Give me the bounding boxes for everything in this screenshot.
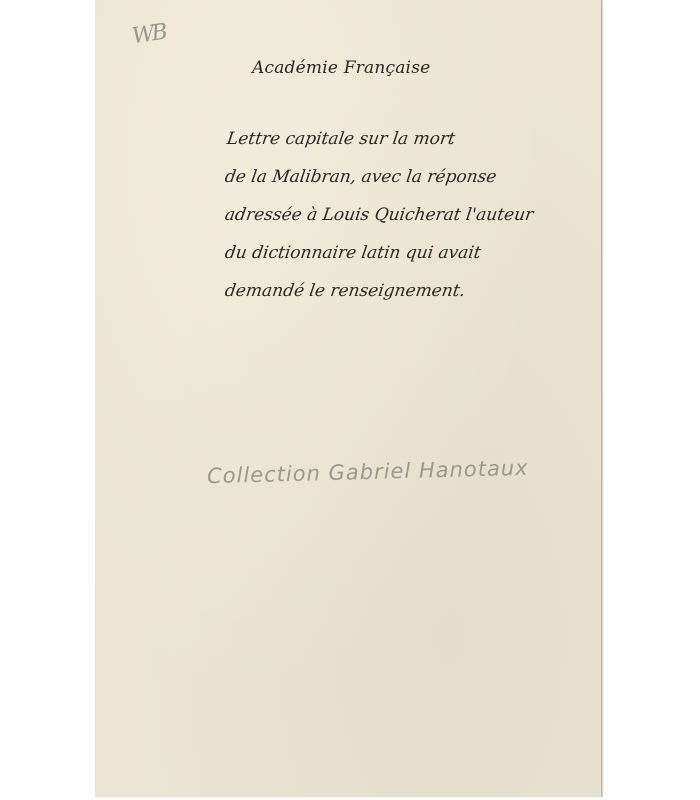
pencil-initials-mark: WB [130, 20, 166, 49]
handwritten-line: demandé le renseignement. [222, 272, 597, 310]
handwritten-line: Lettre capitale sur la mort [222, 120, 597, 158]
letterhead-academie-francaise: Académie Française [252, 58, 430, 78]
collection-pencil-annotation: Collection Gabriel Hanotaux [207, 456, 529, 488]
letter-page: WB Académie Française Lettre capitale su… [95, 0, 602, 797]
handwritten-line: adressée à Louis Quicherat l'auteur [222, 196, 597, 234]
handwritten-line: du dictionnaire latin qui avait [222, 234, 597, 272]
handwritten-line: de la Malibran, avec la réponse [222, 158, 597, 196]
handwritten-note: Lettre capitale sur la mort de la Malibr… [225, 120, 595, 310]
